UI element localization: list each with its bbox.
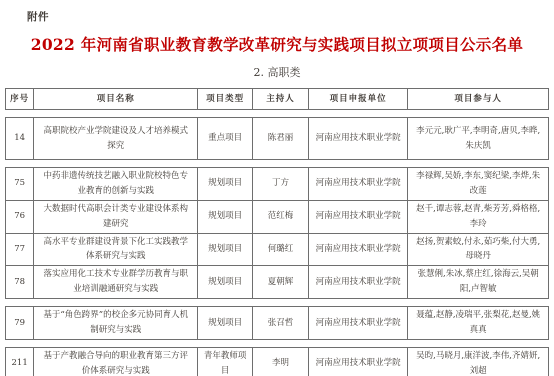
project-name-cell: 高职院校产业学院建设及人才培养模式探究 [34,118,198,160]
row-group-2: 79基于“角色跨界”的校企多元协同育人机制研究与实践规划项目张召哲河南应用技术职… [5,306,549,340]
unit-cell: 河南应用技术职业学院 [308,307,407,340]
project-type-cell: 规划项目 [198,233,253,266]
unit-cell: 河南应用技术职业学院 [308,200,407,233]
project-name-cell: 大数据时代高职会计类专业建设体系构建研究 [34,200,198,233]
table-row: 78落实应用化工技术专业群学历教育与职业培训融通研究与实践规划项目夏朝辉河南应用… [6,266,549,299]
unit-cell: 河南应用技术职业学院 [308,168,407,201]
project-type-cell: 规划项目 [198,266,253,299]
serial-cell: 14 [6,118,34,160]
participants-cell: 李禄辉,吴娇,李东,窦纪梁,李烨,朱改莲 [408,168,549,201]
page-title: 2022 年河南省职业教育教学改革研究与实践项目拟立项项目公示名单 [0,33,554,55]
host-cell: 夏朝辉 [253,266,309,299]
table-row: 77高水平专业群建设背景下化工实践教学体系研究与实践规划项目何璐红河南应用技术职… [6,233,549,266]
host-cell: 张召哲 [253,307,309,340]
host-cell: 范红梅 [253,200,309,233]
project-type-cell: 规划项目 [198,200,253,233]
header-host: 主持人 [253,89,309,110]
project-name-cell: 基于产教融合导向的职业教育第三方评价体系研究与实践 [34,348,198,376]
participants-cell: 张慧俐,朱冰,蔡庄红,徐海云,吴朝阳,卢智敏 [408,266,549,299]
unit-cell: 河南应用技术职业学院 [308,118,407,160]
participants-cell: 聂蕴,赵静,凌瑞平,张梨花,赵曼,姚真真 [408,307,549,340]
serial-cell: 211 [6,348,34,376]
row-group-3: 211基于产教融合导向的职业教育第三方评价体系研究与实践青年教师项目李明河南应用… [5,347,549,376]
table-row: 79基于“角色跨界”的校企多元协同育人机制研究与实践规划项目张召哲河南应用技术职… [6,307,549,340]
project-type-cell: 重点项目 [198,118,253,160]
project-name-cell: 基于“角色跨界”的校企多元协同育人机制研究与实践 [34,307,198,340]
participants-cell: 赵千,谭志蓉,赵青,柴芳芳,舜格格,李玲 [408,200,549,233]
project-type-cell: 青年教师项目 [198,348,253,376]
unit-cell: 河南应用技术职业学院 [308,348,407,376]
serial-cell: 76 [6,200,34,233]
table-row: 76大数据时代高职会计类专业建设体系构建研究规划项目范红梅河南应用技术职业学院赵… [6,200,549,233]
row-group-0: 14高职院校产业学院建设及人才培养模式探究重点项目陈君丽河南应用技术职业学院李元… [5,117,549,160]
table-header-row: 序号项目名称项目类型主持人项目申报单位项目参与人 [6,89,549,110]
project-name-cell: 落实应用化工技术专业群学历教育与职业培训融通研究与实践 [34,266,198,299]
participants-cell: 李元元,耿广平,李明奇,唐贝,李晔,朱庆凯 [408,118,549,160]
participants-cell: 赵扬,贺素蛟,付永,茹巧柴,付大勇,母晓丹 [408,233,549,266]
project-type-cell: 规划项目 [198,307,253,340]
host-cell: 丁方 [253,168,309,201]
section-subtitle: 2. 高职类 [0,64,554,80]
table-row: 14高职院校产业学院建设及人才培养模式探究重点项目陈君丽河南应用技术职业学院李元… [6,118,549,160]
serial-cell: 75 [6,168,34,201]
header-project-type: 项目类型 [198,89,253,110]
host-cell: 陈君丽 [253,118,309,160]
projects-table: 序号项目名称项目类型主持人项目申报单位项目参与人 14高职院校产业学院建设及人才… [5,88,549,376]
attachment-label: 附件 [27,9,554,24]
project-name-cell: 中药非遗传统技艺融入职业院校特色专业教育的创新与实践 [34,168,198,201]
table-row: 75中药非遗传统技艺融入职业院校特色专业教育的创新与实践规划项目丁方河南应用技术… [6,168,549,201]
table-row: 211基于产教融合导向的职业教育第三方评价体系研究与实践青年教师项目李明河南应用… [6,348,549,376]
serial-cell: 79 [6,307,34,340]
table-header: 序号项目名称项目类型主持人项目申报单位项目参与人 [5,88,549,110]
serial-cell: 77 [6,233,34,266]
project-type-cell: 规划项目 [198,168,253,201]
row-group-1: 75中药非遗传统技艺融入职业院校特色专业教育的创新与实践规划项目丁方河南应用技术… [5,167,549,299]
unit-cell: 河南应用技术职业学院 [308,266,407,299]
host-cell: 李明 [253,348,309,376]
header-project-name: 项目名称 [34,89,198,110]
table-body-groups: 14高职院校产业学院建设及人才培养模式探究重点项目陈君丽河南应用技术职业学院李元… [5,117,549,376]
header-participants: 项目参与人 [408,89,549,110]
project-name-cell: 高水平专业群建设背景下化工实践教学体系研究与实践 [34,233,198,266]
participants-cell: 吴昀,马晓月,康洋波,李伟,齐婧妍,刘超 [408,348,549,376]
header-unit: 项目申报单位 [308,89,407,110]
unit-cell: 河南应用技术职业学院 [308,233,407,266]
header-serial: 序号 [6,89,34,110]
serial-cell: 78 [6,266,34,299]
host-cell: 何璐红 [253,233,309,266]
